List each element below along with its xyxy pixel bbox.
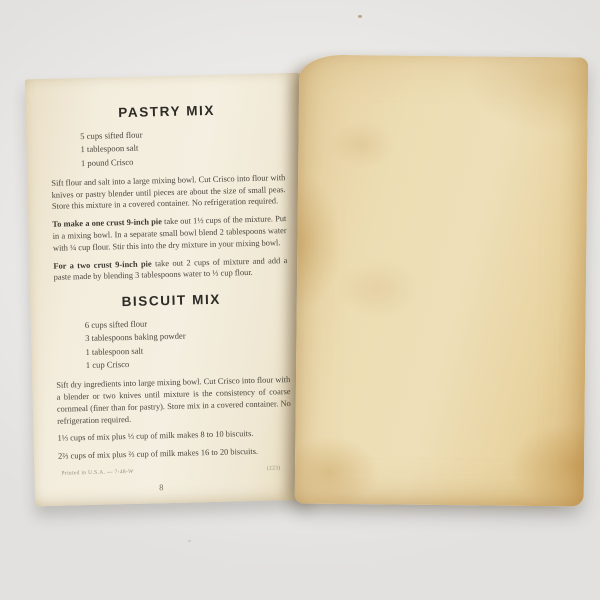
- pastry-one-crust-paragraph: To make a one crust 9-inch pie take out …: [52, 213, 287, 254]
- biscuit-ingredient-list: 6 cups sifted flour 3 tablespoons baking…: [55, 314, 290, 373]
- biscuit-instructions: Sift dry ingredients into large mixing b…: [56, 374, 291, 427]
- pastry-instructions: Sift flour and salt into a large mixing …: [51, 172, 286, 213]
- biscuit-yield-large: 2⅔ cups of mix plus ⅔ cup of milk makes …: [58, 445, 292, 462]
- two-crust-lead-in: For a two crust 9-inch pie: [53, 259, 151, 270]
- one-crust-lead-in: To make a one crust 9-inch pie: [52, 217, 162, 229]
- print-code: (223): [267, 465, 281, 471]
- pastry-two-crust-paragraph: For a two crust 9-inch pie take out 2 cu…: [53, 255, 288, 284]
- pastry-ingredient-list: 5 cups sifted flour 1 tablespoon salt 1 …: [50, 125, 285, 171]
- dust-speck: [188, 540, 191, 542]
- biscuit-yield-small: 1⅓ cups of mix plus ⅓ cup of milk makes …: [57, 427, 291, 444]
- printed-note: Printed in U.S.A. — 7-48-W: [61, 469, 133, 477]
- dust-speck: [358, 15, 362, 18]
- left-page-content: PASTRY MIX 5 cups sifted flour 1 tablesp…: [50, 101, 293, 469]
- photo-background: PASTRY MIX 5 cups sifted flour 1 tablesp…: [0, 0, 600, 600]
- biscuit-mix-title: BISCUIT MIX: [54, 290, 288, 311]
- page-number: 8: [35, 479, 288, 495]
- right-page-blank: [295, 54, 589, 506]
- pastry-mix-title: PASTRY MIX: [50, 101, 284, 122]
- left-page: PASTRY MIX 5 cups sifted flour 1 tablesp…: [25, 73, 312, 507]
